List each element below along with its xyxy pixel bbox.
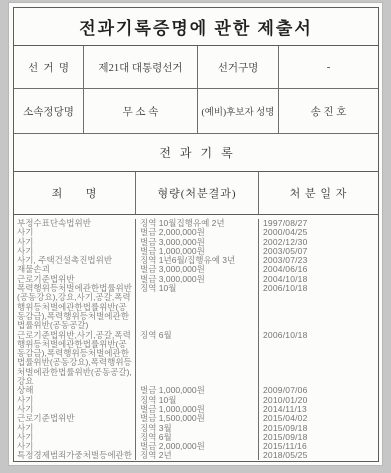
candidate-name-value: 송 진 호 — [279, 89, 378, 134]
record-table-header: 죄 명 형량(처분결과) 처 분 일 자 — [14, 172, 378, 215]
sentence-column-header: 형량(처분결과) — [136, 172, 259, 215]
candidate-name-label: (예비)후보자 성명 — [198, 89, 279, 134]
district-name-value: - — [279, 46, 378, 89]
record-rows: 부정수표단속법위반징역 10월집행유예 2년1997/08/27사기벌금 2,0… — [14, 215, 378, 460]
record-row: 사기징역 3월2015/09/18 — [14, 424, 378, 433]
record-sentence: 징역 2년 — [136, 451, 259, 460]
record-date: 2006/10/18 — [259, 331, 378, 387]
district-name-label: 선거구명 — [198, 46, 279, 89]
record-date: 2006/10/18 — [259, 284, 378, 330]
record-row: 특정경제범죄가중처벌등에관한법률위반(사기)징역 2년2018/05/25 — [14, 451, 378, 460]
record-row: 폭력행위등처벌에관한법률위반(공동강요),강요,사기,공갈,폭력행위등처벌에관한… — [14, 284, 378, 330]
record-crime: 폭력행위등처벌에관한법률위반(공동강요),강요,사기,공갈,폭력행위등처벌에관한… — [14, 284, 136, 330]
record-row: 상해벌금 1,000,000원2009/07/06 — [14, 386, 378, 395]
record-crime: 근로기준법위반,사기,공갈,폭력행위등처벌에관한법률위반(공동감금),폭력행위등… — [14, 331, 136, 387]
election-name-value: 제21대 대통령선거 — [84, 46, 198, 89]
record-sentence: 징역 10월 — [136, 284, 259, 330]
criminal-record-form: 전과기록증명에 관한 제출서 선 거 명 제21대 대통령선거 선거구명 - 소… — [13, 7, 379, 462]
record-row: 근로기준법위반벌금 1,500,000원2015/04/02 — [14, 414, 378, 423]
election-name-label: 선 거 명 — [14, 46, 84, 89]
record-row: 근로기준법위반,사기,공갈,폭력행위등처벌에관한법률위반(공동감금),폭력행위등… — [14, 331, 378, 387]
record-section-title: 전 과 기 록 — [14, 134, 378, 172]
record-crime: 특정경제범죄가중처벌등에관한법률위반(사기) — [14, 451, 136, 460]
form-title: 전과기록증명에 관한 제출서 — [14, 8, 378, 46]
crime-column-header: 죄 명 — [14, 172, 136, 215]
party-name-label: 소속정당명 — [14, 89, 84, 134]
election-info-table: 선 거 명 제21대 대통령선거 선거구명 - 소속정당명 무 소 속 (예비)… — [14, 46, 378, 134]
document-paper: 전과기록증명에 관한 제출서 선 거 명 제21대 대통령선거 선거구명 - 소… — [8, 2, 383, 466]
party-name-value: 무 소 속 — [84, 89, 198, 134]
date-column-header: 처 분 일 자 — [259, 172, 378, 215]
record-date: 2018/05/25 — [259, 451, 378, 460]
record-sentence: 징역 6월 — [136, 331, 259, 387]
